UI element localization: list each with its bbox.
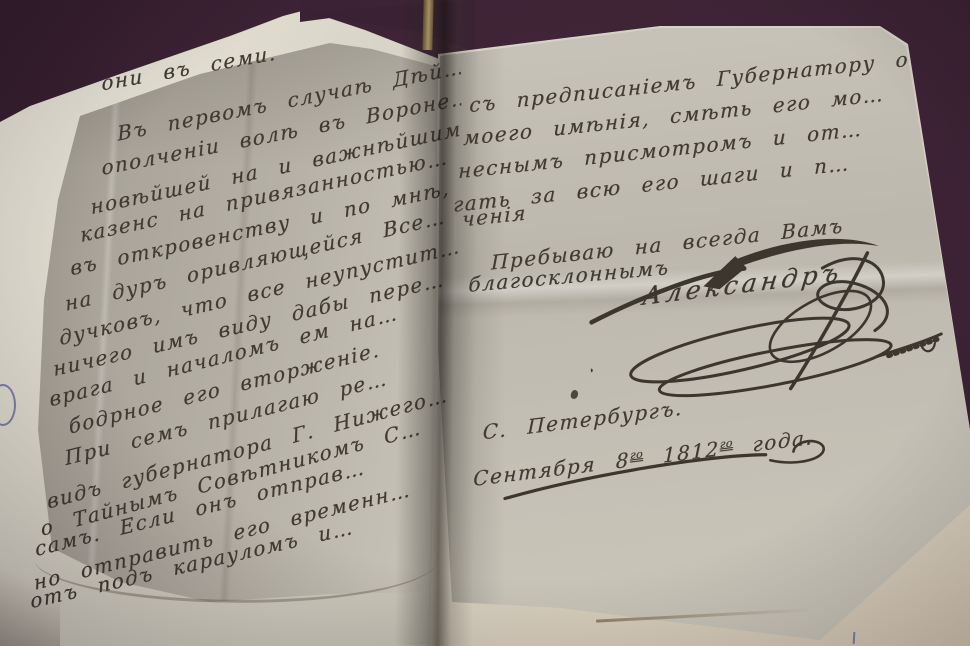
signature-flourish bbox=[582, 224, 953, 421]
corner-shadow bbox=[0, 540, 60, 646]
photo-open-manuscript-book: они въ семи. Въ первомъ случаѣ Дѣй… опол… bbox=[0, 0, 970, 646]
signature: Александръ bbox=[582, 224, 953, 421]
